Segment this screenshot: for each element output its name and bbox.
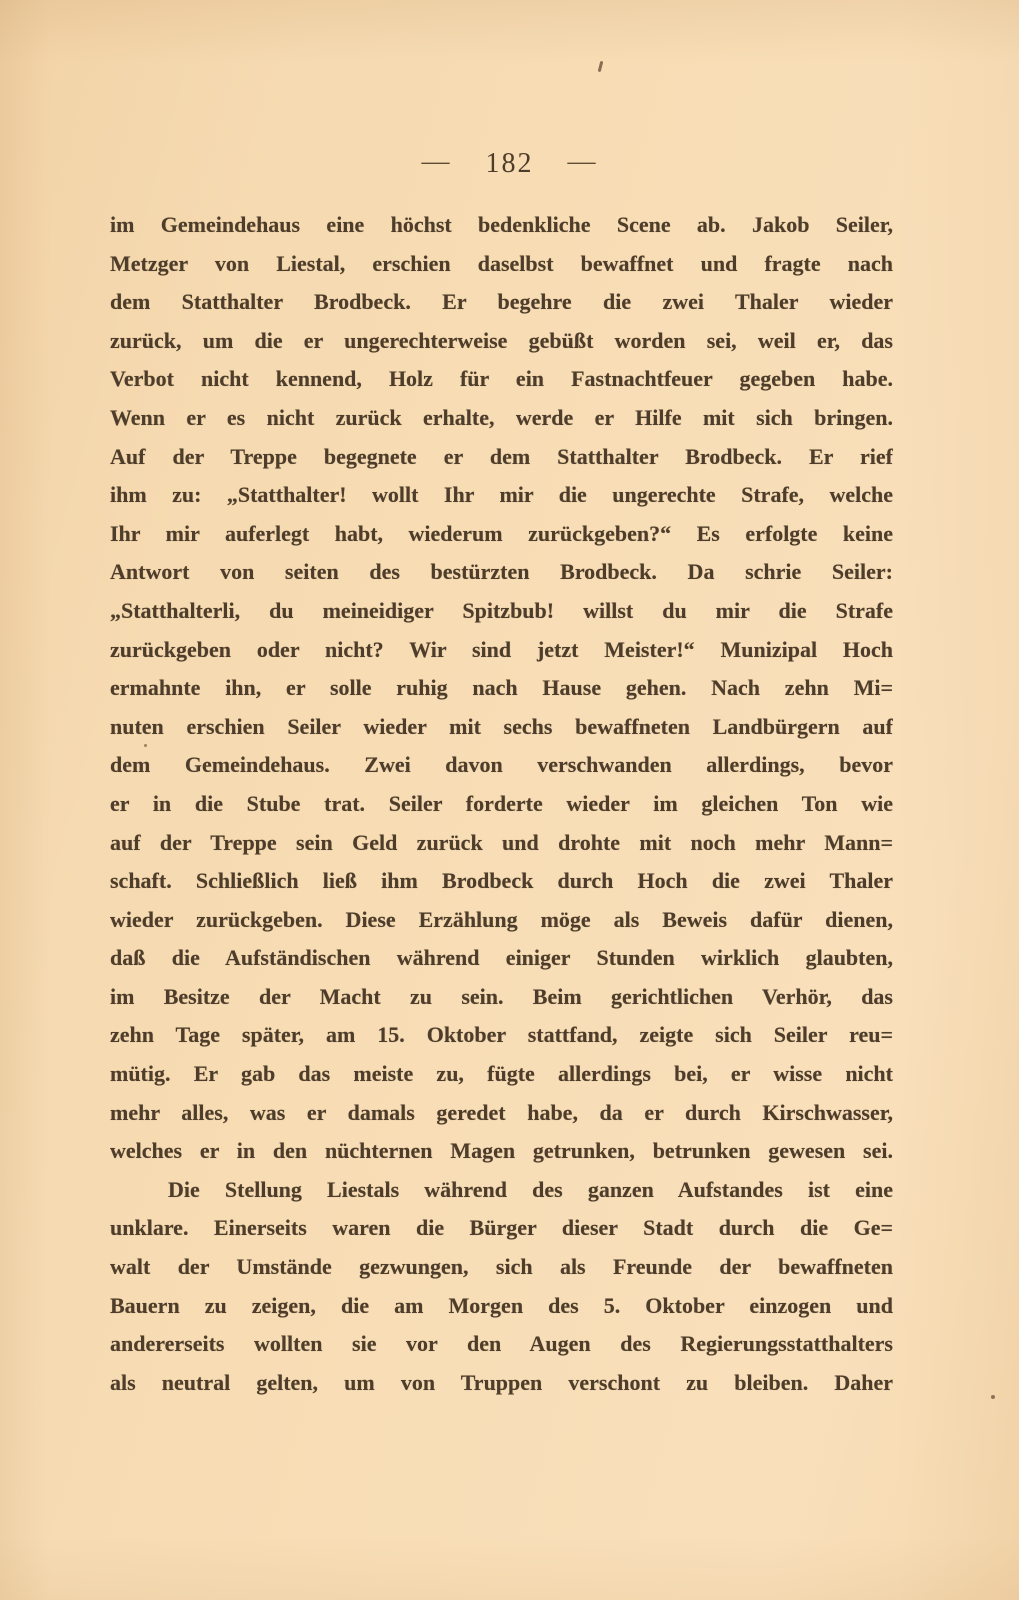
text-line: welches er in den nüchternen Magen getru… xyxy=(110,1132,893,1171)
text-line: Verbot nicht kennend, Holz für ein Fastn… xyxy=(110,360,893,399)
text-line: wieder zurückgeben. Diese Erzählung möge… xyxy=(110,901,893,940)
text-line: Ihr mir auferlegt habt, wiederum zurückg… xyxy=(110,515,893,554)
text-line: im Gemeindehaus eine höchst bedenkliche … xyxy=(110,206,893,245)
header-dash-left: — xyxy=(422,146,452,178)
text-line: Bauern zu zeigen, die am Morgen des 5. O… xyxy=(110,1287,893,1326)
text-line: unklare. Einerseits waren die Bürger die… xyxy=(110,1209,893,1248)
text-line: Metzger von Liestal, erschien daselbst b… xyxy=(110,245,893,284)
text-line: als neutral gelten, um von Truppen versc… xyxy=(110,1364,893,1403)
ink-speck xyxy=(144,744,147,747)
header-dash-right: — xyxy=(568,146,598,178)
ink-speck xyxy=(991,1395,995,1399)
text-line: nuten erschien Seiler wieder mit sechs b… xyxy=(110,708,893,747)
text-line: im Besitze der Macht zu sein. Beim geric… xyxy=(110,978,893,1017)
text-line: daß die Aufständischen während einiger S… xyxy=(110,939,893,978)
text-line: mehr alles, was er damals geredet habe, … xyxy=(110,1094,893,1133)
text-line: zehn Tage später, am 15. Oktober stattfa… xyxy=(110,1016,893,1055)
page-header: — 182 — xyxy=(0,148,1019,180)
text-line: walt der Umstände gezwungen, sich als Fr… xyxy=(110,1248,893,1287)
text-line: ermahnte ihn, er solle ruhig nach Hause … xyxy=(110,669,893,708)
paragraph-start-line: Die Stellung Liestals während des ganzen… xyxy=(110,1171,893,1210)
text-line: ihm zu: „Statthalter! wollt Ihr mir die … xyxy=(110,476,893,515)
ink-speck xyxy=(598,61,604,72)
book-page-scan: — 182 — im Gemeindehaus eine höchst bede… xyxy=(0,0,1019,1600)
text-line: Wenn er es nicht zurück erhalte, werde e… xyxy=(110,399,893,438)
text-line: Auf der Treppe begegnete er dem Statthal… xyxy=(110,438,893,477)
text-line: andererseits wollten sie vor den Augen d… xyxy=(110,1325,893,1364)
text-line: mütig. Er gab das meiste zu, fügte aller… xyxy=(110,1055,893,1094)
text-line: zurück, um die er ungerechterweise gebüß… xyxy=(110,322,893,361)
text-line: dem Statthalter Brodbeck. Er begehre die… xyxy=(110,283,893,322)
text-line: schaft. Schließlich ließ ihm Brodbeck du… xyxy=(110,862,893,901)
text-line: dem Gemeindehaus. Zwei davon verschwande… xyxy=(110,746,893,785)
text-line: er in die Stube trat. Seiler forderte wi… xyxy=(110,785,893,824)
text-line: auf der Treppe sein Geld zurück und droh… xyxy=(110,824,893,863)
text-line: zurückgeben oder nicht? Wir sind jetzt M… xyxy=(110,631,893,670)
text-line: Antwort von seiten des bestürzten Brodbe… xyxy=(110,553,893,592)
page-number: 182 xyxy=(486,148,534,180)
body-text: im Gemeindehaus eine höchst bedenkliche … xyxy=(110,206,893,1402)
text-line: „Statthalterli, du meineidiger Spitzbub!… xyxy=(110,592,893,631)
